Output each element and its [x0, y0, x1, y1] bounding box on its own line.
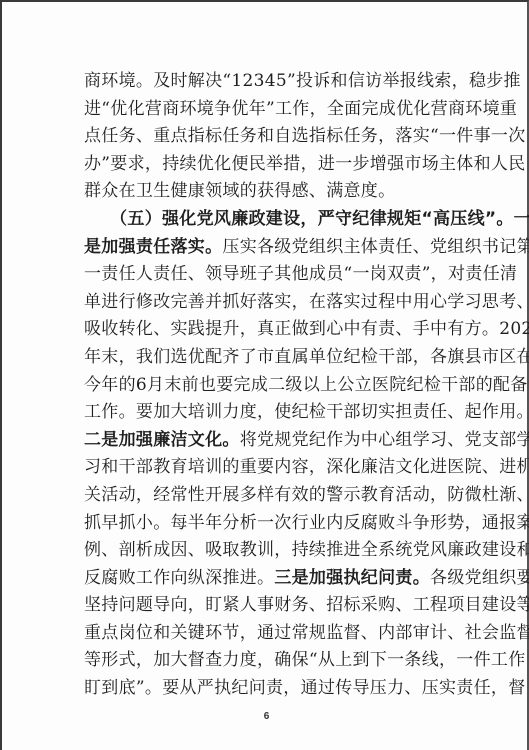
bold-text-segment: 二是加强廉洁文化。 [84, 430, 240, 450]
text-segment: 反腐败工作向纵深推进。 [84, 568, 274, 588]
text-segment: 今年的6月末前也要完成二级以上公立医院纪检干部的配备 [84, 375, 528, 395]
text-segment: 点任务、重点指标任务和自选指标任务，落实“一件事一次 [84, 126, 526, 146]
text-segment: 坚持问题导向，盯紧人事财务、招标采购、工程项目建设等 [84, 595, 529, 615]
text-segment: 压实各级党组织主体责任、党组织书记第 [222, 237, 529, 257]
text-segment: 一责任人责任、领导班子其他成员“一岗双责”，对责任清 [84, 264, 517, 284]
text-segment: 进“优化营商环境争优年”工作，全面完成优化营商环境重 [84, 99, 517, 119]
bold-text-segment: 三是加强执纪问责。 [274, 568, 430, 588]
document-body: 商环境。及时解决“12345”投诉和信访举报线索，稳步推进“优化营商环境争优年”… [84, 68, 456, 703]
text-line: 习和干部教育培训的重要内容，深化廉洁文化进医院、进机 [84, 454, 456, 482]
text-segment: 办”要求，持续优化便民举措，进一步增强市场主体和人民 [84, 154, 526, 174]
text-line: 今年的6月末前也要完成二级以上公立医院纪检干部的配备 [84, 372, 456, 400]
text-segment: 抓早抓小。每半年分析一次行业内反腐败斗争形势，通报案 [84, 513, 529, 533]
text-line: 是加强责任落实。压实各级党组织主体责任、党组织书记第 [84, 234, 456, 262]
text-line: （五）强化党风廉政建设，严守纪律规矩“高压线”。一 [84, 206, 456, 234]
text-segment: 群众在卫生健康领域的获得感、满意度。 [84, 181, 395, 201]
text-segment: 习和干部教育培训的重要内容，深化廉洁文化进医院、进机 [84, 457, 529, 477]
text-line: 吸收转化、实践提升，真正做到心中有责、手中有方。2022 [84, 316, 456, 344]
text-segment: 吸收转化、实践提升，真正做到心中有责、手中有方。2022 [84, 319, 529, 339]
text-line: 一责任人责任、领导班子其他成员“一岗双责”，对责任清 [84, 261, 456, 289]
text-line: 盯到底”。要从严执纪问责，通过传导压力、压实责任，督 [84, 675, 456, 703]
text-line: 工作。要加大培训力度，使纪检干部切实担责任、起作用。 [84, 399, 456, 427]
text-line: 等形式，加大督查力度，确保“从上到下一条线，一件工作 [84, 647, 456, 675]
text-line: 二是加强廉洁文化。将党规党纪作为中心组学习、党支部学 [84, 427, 456, 455]
text-line: 抓早抓小。每半年分析一次行业内反腐败斗争形势，通报案 [84, 510, 456, 538]
bold-text-segment: （五）强化党风廉政建设，严守纪律规矩“高压线”。一 [84, 209, 529, 229]
text-segment: 商环境。及时解决“12345”投诉和信访举报线索，稳步推 [84, 71, 521, 91]
text-line: 商环境。及时解决“12345”投诉和信访举报线索，稳步推 [84, 68, 456, 96]
text-segment: 工作。要加大培训力度，使纪检干部切实担责任、起作用。 [84, 402, 529, 422]
text-line: 反腐败工作向纵深推进。三是加强执纪问责。各级党组织要 [84, 565, 456, 593]
text-line: 办”要求，持续优化便民举措，进一步增强市场主体和人民 [84, 151, 456, 179]
text-line: 例、剖析成因、吸取教训，持续推进全系统党风廉政建设和 [84, 537, 456, 565]
text-segment: 等形式，加大督查力度，确保“从上到下一条线，一件工作 [84, 650, 526, 670]
page-number: 6 [2, 711, 529, 722]
text-line: 坚持问题导向，盯紧人事财务、招标采购、工程项目建设等 [84, 592, 456, 620]
text-line: 单进行修改完善并抓好落实，在落实过程中用心学习思考、 [84, 289, 456, 317]
document-page: 商环境。及时解决“12345”投诉和信访举报线索，稳步推进“优化营商环境争优年”… [0, 0, 529, 750]
text-segment: 各级党组织要 [430, 568, 529, 588]
text-line: 关活动，经常性开展多样有效的警示教育活动，防微杜渐、 [84, 482, 456, 510]
text-segment: 例、剖析成因、吸取教训，持续推进全系统党风廉政建设和 [84, 540, 529, 560]
text-line: 年末，我们选优配齐了市直属单位纪检干部，各旗县市区在 [84, 344, 456, 372]
text-segment: 将党规党纪作为中心组学习、党支部学 [240, 430, 529, 450]
text-line: 群众在卫生健康领域的获得感、满意度。 [84, 178, 456, 206]
bold-text-segment: 是加强责任落实。 [84, 237, 222, 257]
text-line: 点任务、重点指标任务和自选指标任务，落实“一件事一次 [84, 123, 456, 151]
text-segment: 年末，我们选优配齐了市直属单位纪检干部，各旗县市区在 [84, 347, 529, 367]
text-segment: 盯到底”。要从严执纪问责，通过传导压力、压实责任，督 [84, 678, 526, 698]
text-line: 进“优化营商环境争优年”工作，全面完成优化营商环境重 [84, 96, 456, 124]
text-line: 重点岗位和关键环节，通过常规监督、内部审计、社会监督 [84, 620, 456, 648]
text-segment: 单进行修改完善并抓好落实，在落实过程中用心学习思考、 [84, 292, 529, 312]
text-segment: 重点岗位和关键环节，通过常规监督、内部审计、社会监督 [84, 623, 529, 643]
text-segment: 关活动，经常性开展多样有效的警示教育活动，防微杜渐、 [84, 485, 529, 505]
